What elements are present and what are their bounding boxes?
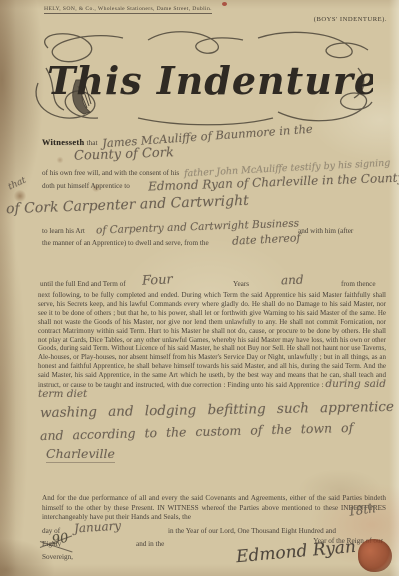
art-printed2: and with him (after	[298, 227, 353, 235]
wax-seal	[358, 539, 392, 572]
witnesseth-line: Witnesseth that	[42, 138, 98, 147]
handwritten-county: County of Cork	[74, 145, 174, 163]
covenants-paragraph: next following, to be fully completed an…	[38, 291, 386, 400]
printer-imprint: HELY, SON, & Co., Wholesale Stationers, …	[44, 6, 212, 14]
document-title: This Indenture	[47, 58, 373, 103]
covenants-text: next following, to be fully completed an…	[38, 291, 386, 389]
closing-text: And for the due performance of all and e…	[42, 494, 386, 521]
and-in-the-printed: and in the	[136, 540, 164, 548]
witnesseth-word: Witnesseth	[42, 138, 84, 147]
apprentice-printed: doth put himself Apprentice to	[42, 182, 130, 190]
sovereign-printed: Sovereign,	[42, 553, 73, 561]
consent-printed: of his own free will, and with the conse…	[42, 169, 179, 177]
title-block: This Indenture	[28, 28, 373, 128]
term-printed1: until the full End and Term of	[40, 280, 126, 288]
handwritten-finding3: and according to the custom of the town …	[40, 420, 354, 443]
term-printed2: Years	[233, 280, 249, 288]
handwritten-from-date: date thereof	[232, 231, 301, 248]
handwritten-margin-note: that	[7, 176, 28, 193]
handwritten-finding2: washing and lodging befitting such appre…	[40, 399, 394, 421]
year-printed: in the Year of our Lord, One Thousand Ei…	[168, 527, 336, 535]
handwritten-finding4: Charleville	[46, 446, 115, 463]
handwritten-signature: Edmond Ryan	[235, 537, 356, 567]
red-ink-speck	[222, 2, 227, 6]
art-printed: to learn his Art	[42, 227, 85, 235]
handwritten-month: January	[74, 518, 122, 535]
closing-paragraph: And for the due performance of all and e…	[42, 494, 386, 523]
form-type-label: (BOYS' INDENTURE).	[314, 16, 387, 23]
handwritten-years: Four	[142, 272, 173, 289]
handwritten-and: and	[281, 273, 304, 288]
term-printed3: from thence	[341, 280, 376, 288]
that-word: that	[87, 138, 98, 147]
indenture-document: HELY, SON, & Co., Wholesale Stationers, …	[0, 0, 399, 576]
dwell-printed: the manner of an Apprentice) to dwell an…	[42, 239, 209, 247]
handwritten-master-cont: of Cork Carpenter and Cartwright	[6, 193, 249, 217]
